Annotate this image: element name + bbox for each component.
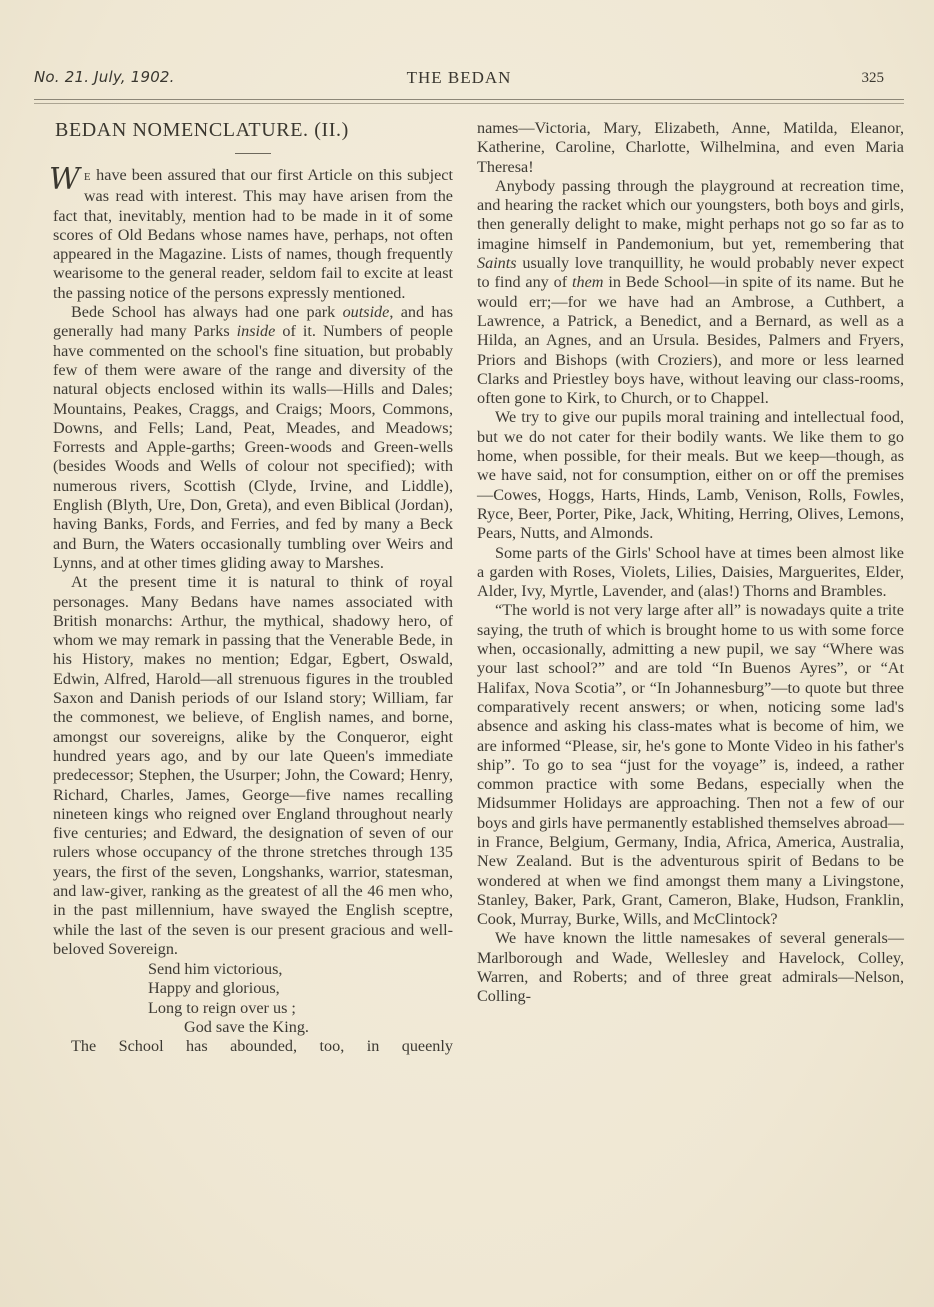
paragraph-9: We have known the little namesakes of se… xyxy=(477,929,904,1006)
text-run: of it. Numbers of people have commented … xyxy=(53,322,453,572)
title-dash-divider xyxy=(235,153,271,154)
italic-run: inside xyxy=(237,322,276,340)
column-left: BEDAN NOMENCLATURE. (II.) WE have been a… xyxy=(53,117,453,1057)
paragraph-text: have been assured that our first Article… xyxy=(53,166,453,302)
text-run: Bede School has always had one park xyxy=(71,303,343,321)
verse-line: Send him victorious, xyxy=(148,960,453,979)
drop-cap: W xyxy=(49,164,80,196)
paragraph-7: Some parts of the Girls' School have at … xyxy=(477,544,904,602)
verse-line: Happy and glorious, xyxy=(148,979,453,998)
text-run: in Bede School—in spite of its name. But… xyxy=(477,273,904,407)
paragraph-3: At the present time it is natural to thi… xyxy=(53,573,453,959)
verse-line: God save the King. xyxy=(148,1018,453,1037)
paragraph-1: WE have been assured that our first Arti… xyxy=(53,166,453,303)
italic-run: outside xyxy=(343,303,390,321)
page-number: 325 xyxy=(862,70,885,87)
paragraph-5: Anybody passing through the playground a… xyxy=(477,177,904,409)
small-caps: E xyxy=(84,171,91,183)
italic-run: Saints xyxy=(477,254,517,272)
paragraph-8: “The world is not very large after all” … xyxy=(477,601,904,929)
magazine-page: No. 21. July, 1902. THE BEDAN 325 BEDAN … xyxy=(0,0,934,1307)
text-run: Anybody passing through the playground a… xyxy=(477,177,904,253)
paragraph-2: Bede School has always had one park outs… xyxy=(53,303,453,573)
header-rule xyxy=(34,99,904,104)
paragraph-4-start: The School has abounded, too, in queenly xyxy=(53,1037,453,1056)
publication-title: THE BEDAN xyxy=(34,68,884,88)
paragraph-4-continued: names—Victoria, Mary, Elizabeth, Anne, M… xyxy=(477,119,904,177)
verse-line: Long to reign over us ; xyxy=(148,999,453,1018)
column-right: names—Victoria, Mary, Elizabeth, Anne, M… xyxy=(477,119,904,1007)
italic-run: them xyxy=(572,273,603,291)
verse-block: Send him victorious, Happy and glorious,… xyxy=(148,960,453,1037)
paragraph-6: We try to give our pupils moral training… xyxy=(477,408,904,543)
article-title: BEDAN NOMENCLATURE. (II.) xyxy=(55,117,453,143)
running-header: No. 21. July, 1902. THE BEDAN 325 xyxy=(34,68,884,92)
